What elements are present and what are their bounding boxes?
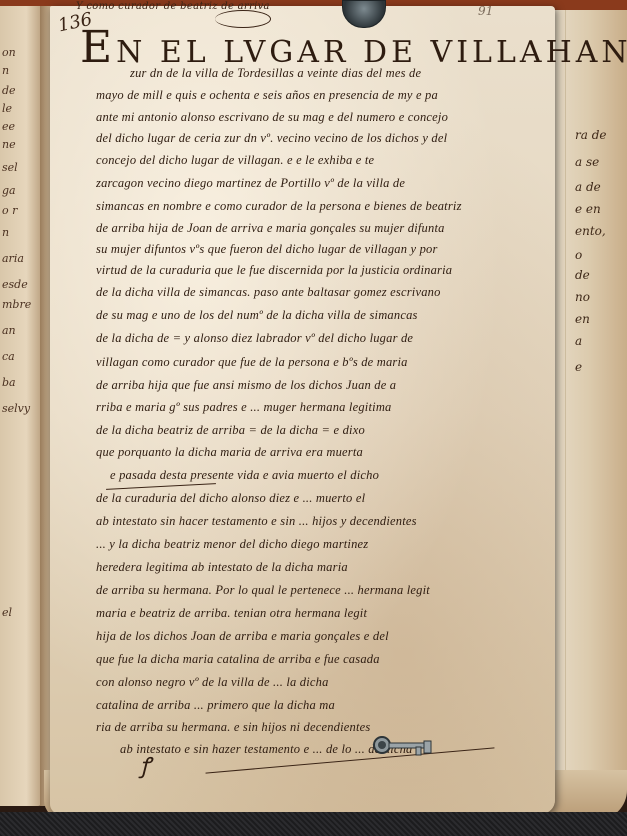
manuscript-line: zarcagon vecino diego martinez de Portil…: [96, 176, 526, 191]
manuscript-line: ante mi antonio alonso escrivano de su m…: [96, 110, 526, 125]
left-margin-text: ba: [2, 376, 16, 389]
fabric-background: [0, 812, 627, 836]
right-margin-text: ento,: [575, 224, 606, 238]
manuscript-line: de la dicha beatriz de arriba = de la di…: [96, 423, 526, 438]
manuscript-line: que porquanto la dicha maria de arriva e…: [96, 445, 526, 460]
manuscript-line: e pasada desta presente vida e avia muer…: [110, 468, 540, 483]
manuscript-line: ria de arriba su hermana. e sin hijos ni…: [96, 720, 526, 735]
manuscript-line: catalina de arriba ... primero que la di…: [96, 698, 526, 713]
left-margin-text: on: [2, 46, 16, 59]
right-margin-text: o: [575, 248, 582, 262]
left-margin-text: le: [2, 102, 12, 115]
right-margin-text: a de: [575, 180, 601, 194]
signature-flourish: ꝭ: [140, 750, 150, 780]
manuscript-line: villagan como curador que fue de la pers…: [96, 355, 526, 370]
manuscript-line: del dicho lugar de ceria zur dn vº. veci…: [96, 131, 526, 146]
left-margin-text: an: [2, 324, 16, 337]
manuscript-line: virtud de la curaduria que le fue discer…: [96, 263, 526, 278]
manuscript-line: ... y la dicha beatriz menor del dicho d…: [96, 537, 526, 552]
manuscript-line: de arriba su hermana. Por lo qual le per…: [96, 583, 526, 598]
manuscript-line: hija de los dichos Joan de arriba e mari…: [96, 629, 526, 644]
left-margin-text: esde: [2, 278, 28, 291]
manuscript-line: que fue la dicha maria catalina de arrib…: [96, 652, 526, 667]
key-icon: [372, 733, 434, 761]
left-margin-text: aria: [2, 252, 24, 265]
manuscript-line: ab intestato sin hacer testamento e sin …: [96, 514, 526, 529]
title-text: N EL LVGAR DE VILLAHAN: [116, 35, 627, 70]
manuscript-line: simancas en nombre e como curador de la …: [96, 199, 526, 214]
right-margin-text: de: [575, 268, 590, 282]
manuscript-line: de la curaduria del dicho alonso diez e …: [96, 491, 526, 506]
left-margin-text: el: [2, 606, 12, 619]
manuscript-line: su mujer difuntos vºs que fueron del dic…: [96, 242, 526, 257]
manuscript-line: maria e beatriz de arriba. tenian otra h…: [96, 606, 526, 621]
left-margin-text: n: [2, 226, 9, 239]
manuscript-line: de la dicha de = y alonso diez labrador …: [96, 331, 526, 346]
manuscript-line: mayo de mill e quis e ochenta e seis año…: [96, 88, 526, 103]
manuscript-line: de arriba hija de Joan de arriva e maria…: [96, 221, 526, 236]
page-number: 91: [478, 4, 493, 18]
left-margin-text: o r: [2, 204, 17, 217]
right-margin-text: no: [575, 290, 590, 304]
right-margin-text: ra de: [575, 128, 607, 142]
title-initial: E: [80, 22, 116, 73]
left-margin-text: ca: [2, 350, 15, 363]
left-margin-text: selvy: [2, 402, 30, 415]
manuscript-line: concejo del dicho lugar de villagan. e e…: [96, 153, 526, 168]
manuscript-line: de arriba hija que fue ansi mismo de los…: [96, 378, 526, 393]
right-margin-text: en: [575, 312, 590, 326]
left-margin-text: ee: [2, 120, 15, 133]
manuscript-line: de la dicha villa de simancas. paso ante…: [96, 285, 526, 300]
right-margin-text: e: [575, 360, 582, 374]
right-margin-text: a se: [575, 155, 599, 169]
left-margin-text: n: [2, 64, 9, 77]
manuscript-line: con alonso negro vº de la villa de ... l…: [96, 675, 526, 690]
manuscript-line: de su mag e uno de los del numº de la di…: [96, 308, 526, 323]
left-margin-text: sel: [2, 161, 18, 174]
left-adjacent-page: on n de le ee ne sel ga o r n aria esde …: [0, 6, 44, 806]
manuscript-line: rriba e maria gº sus padres e ... muger …: [96, 400, 526, 415]
left-margin-text: mbre: [2, 298, 31, 311]
right-margin-text: e en: [575, 202, 601, 216]
right-margin-text: a: [575, 334, 582, 348]
left-margin-text: de: [2, 84, 16, 97]
left-margin-text: ga: [2, 184, 16, 197]
manuscript-line: zur dn de la villa de Tordesillas a vein…: [130, 66, 530, 81]
left-margin-text: ne: [2, 138, 16, 151]
right-page-stack: ra de a se a de e en ento, o de no en a …: [548, 10, 627, 790]
manuscript-line: heredera legitima ab intestato de la dic…: [96, 560, 526, 575]
